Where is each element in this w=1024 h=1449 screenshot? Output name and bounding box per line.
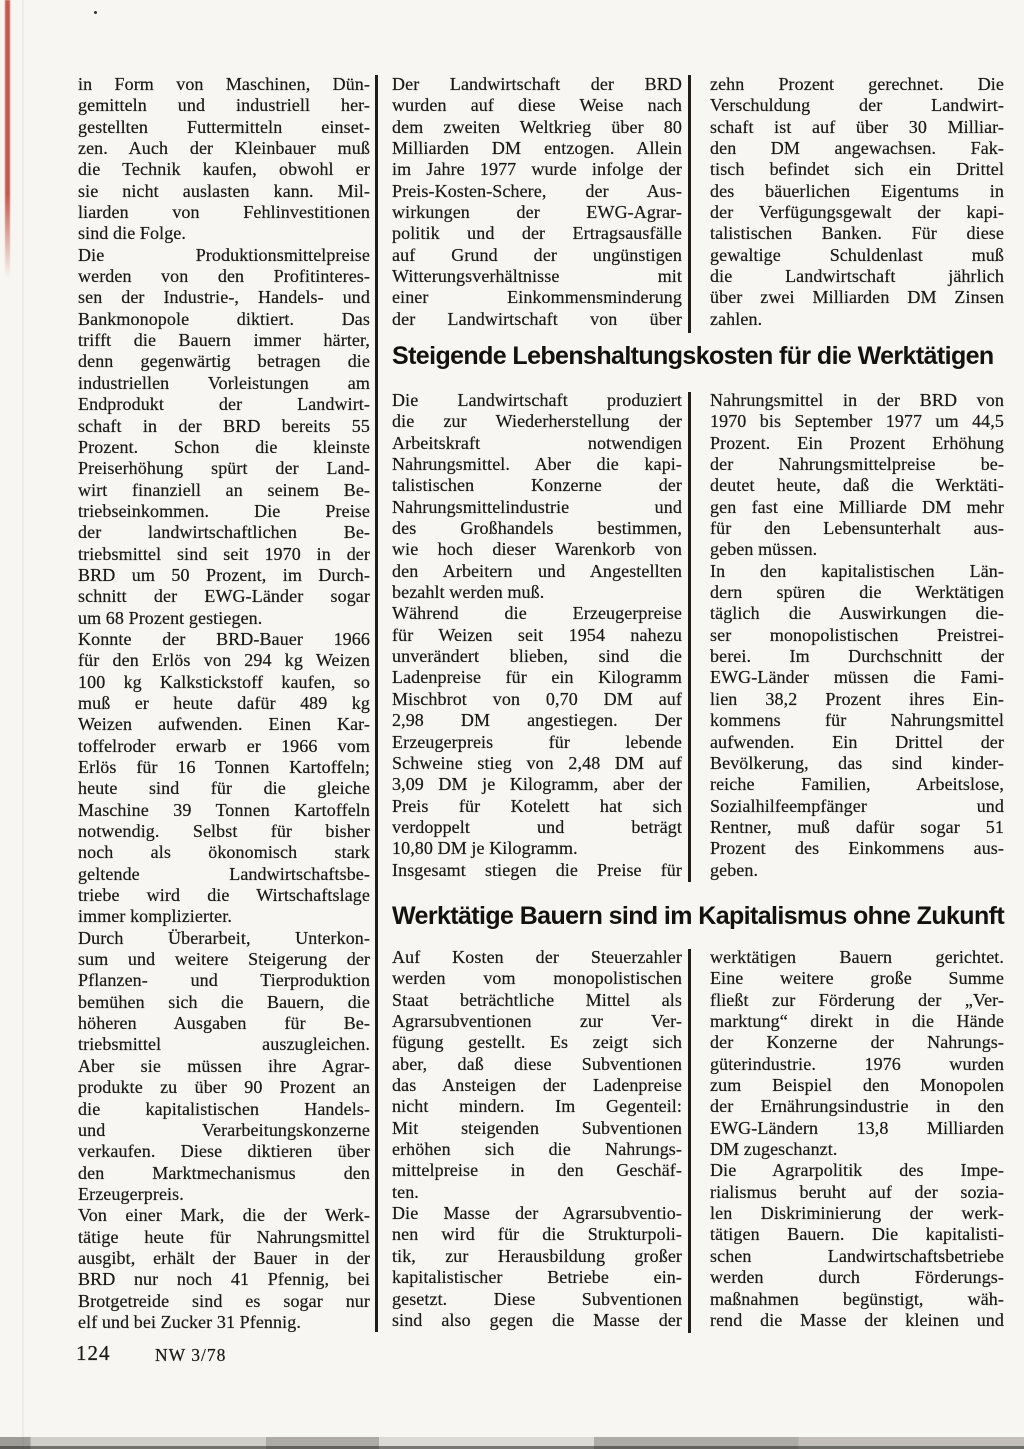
text-line: Konnte der BRD-Bauer 1966	[78, 629, 370, 650]
text-line: den Arbeitern und Angestellten	[392, 561, 682, 582]
text-line: toffelroder erwarb er 1966 vom	[78, 736, 370, 757]
text-line: zen. Auch der Kleinbauer muß	[78, 138, 370, 159]
text-line: für den Lebensunterhalt aus-	[710, 518, 1004, 539]
text-line: maßnahmen begünstigt, wäh-	[710, 1289, 1004, 1310]
text-line: Arbeitskraft notwendigen	[392, 433, 682, 454]
column-right-top-section: zehn Prozent gerechnet. DieVerschuldung …	[710, 74, 1004, 330]
text-line: Nahrungsmittel. Aber die kapi-	[392, 454, 682, 475]
column-rule-right-middle	[688, 392, 691, 882]
text-line: geben.	[710, 860, 1004, 881]
paragraph: Durch Überarbeit, Unterkon-sum und weite…	[78, 928, 370, 1205]
column-rule-right-bottom	[688, 949, 691, 1333]
text-line: EWG-Länder müssen die Fami-	[710, 667, 1004, 688]
column-left: in Form von Maschinen, Dün-gemitteln und…	[78, 74, 370, 1333]
text-line: politik und der Ertragsausfälle	[392, 223, 682, 244]
text-line: triebe wird die Wirtschaftslage	[78, 885, 370, 906]
text-line: aber, daß diese Subventionen	[392, 1054, 682, 1075]
text-line: Durch Überarbeit, Unterkon-	[78, 928, 370, 949]
text-line: sie nicht auslasten kann. Mil-	[78, 181, 370, 202]
text-line: sind also gegen die Masse der	[392, 1310, 682, 1331]
text-line: Nahrungsmittelindustrie und	[392, 497, 682, 518]
text-line: wirt finanziell an seinem Be-	[78, 480, 370, 501]
paragraph: Die Masse der Agrarsubventio-nen wird fü…	[392, 1203, 682, 1331]
text-line: für den Erlös von 294 kg Weizen	[78, 650, 370, 671]
text-line: zehn Prozent gerechnet. Die	[710, 74, 1004, 95]
text-line: gewaltige Schuldenlast muß	[710, 245, 1004, 266]
text-line: mittelpreise in den Geschäf-	[392, 1160, 682, 1181]
text-line: dem zweiten Weltkrieg über 80	[392, 117, 682, 138]
text-line: gemitteln und industriell her-	[78, 95, 370, 116]
text-line: güterindustrie. 1976 wurden	[710, 1054, 1004, 1075]
paragraph: Während die Erzeugerpreisefür Weizen sei…	[392, 603, 682, 859]
text-line: denn gegenwärtig betragen die	[78, 351, 370, 372]
text-line: kapitalistischer Betriebe ein-	[392, 1267, 682, 1288]
text-line: kommens für Nahrungsmittel	[710, 710, 1004, 731]
text-line: das Ansteigen der Ladenpreise	[392, 1075, 682, 1096]
paragraph: zehn Prozent gerechnet. DieVerschuldung …	[710, 74, 1004, 330]
paragraph: Insgesamt stiegen die Preise für	[392, 860, 682, 881]
text-line: produkte zu über 90 Prozent an	[78, 1077, 370, 1098]
text-line: Die Landwirtschaft produziert	[392, 390, 682, 411]
text-line: tisch befindet sich ein Drittel	[710, 159, 1004, 180]
page-number: 124	[76, 1341, 111, 1366]
text-line: heute sind für die gleiche	[78, 778, 370, 799]
text-line: schen Landwirtschaftsbetriebe	[710, 1246, 1004, 1267]
column-middle-top-section: Der Landwirtschaft der BRDwurden auf die…	[392, 74, 682, 330]
text-line: ausgibt, erhält der Bauer in der	[78, 1248, 370, 1269]
text-line: berei. Im Durchschnitt der	[710, 646, 1004, 667]
text-line: reiche Familien, Arbeitslose,	[710, 774, 1004, 795]
text-line: Preis-Kosten-Schere, der Aus-	[392, 181, 682, 202]
text-line: dern spüren die Werktätigen	[710, 582, 1004, 603]
text-line: 3,09 DM je Kilogramm, aber der	[392, 774, 682, 795]
text-line: lien 38,2 Prozent ihres Ein-	[710, 689, 1004, 710]
text-line: werden von den Profitinteres-	[78, 266, 370, 287]
text-line: len Diskriminierung der werk-	[710, 1203, 1004, 1224]
text-line: geltende Landwirtschaftsbe-	[78, 864, 370, 885]
text-line: wirkungen der EWG-Agrar-	[392, 202, 682, 223]
scan-artifact-red-bar	[5, 0, 10, 278]
text-line: sind die Folge.	[78, 223, 370, 244]
text-line: Agrarsubventionen zur Ver-	[392, 1011, 682, 1032]
text-line: noch als ökonomisch stark	[78, 842, 370, 863]
text-line: Preis für Kotelett hat sich	[392, 796, 682, 817]
text-line: schaft in der BRD bereits 55	[78, 416, 370, 437]
text-line: Mit steigenden Subventionen	[392, 1118, 682, 1139]
text-line: Witterungsverhältnisse mit	[392, 266, 682, 287]
text-line: über zwei Milliarden DM Zinsen	[710, 287, 1004, 308]
paragraph: Auf Kosten der Steuerzahlerwerden vom mo…	[392, 947, 682, 1203]
text-line: Rentner, muß dafür sogar 51	[710, 817, 1004, 838]
text-line: der landwirtschaftlichen Be-	[78, 522, 370, 543]
text-line: triebsmittel sind seit 1970 in der	[78, 544, 370, 565]
text-line: Maschine 39 Tonnen Kartoffeln	[78, 800, 370, 821]
text-line: Staat beträchtliche Mittel als	[392, 990, 682, 1011]
text-line: Prozent. Ein Prozent Erhöhung	[710, 433, 1004, 454]
text-line: gestellten Futtermitteln einset-	[78, 117, 370, 138]
column-rule-left	[375, 75, 378, 1332]
text-line: der Nahrungsmittelpreise be-	[710, 454, 1004, 475]
text-line: einer Einkommensminderung	[392, 287, 682, 308]
text-line: Ladenpreise für ein Kilogramm	[392, 667, 682, 688]
text-line: unverändert blieben, sind die	[392, 646, 682, 667]
text-line: Nahrungsmittel in der BRD von	[710, 390, 1004, 411]
text-line: die kapitalistischen Handels-	[78, 1099, 370, 1120]
text-line: wurden auf diese Weise nach	[392, 95, 682, 116]
column-right-no-future: werktätigen Bauern gerichtet.Eine weiter…	[710, 947, 1004, 1331]
text-line: wie hoch dieser Warenkorb von	[392, 539, 682, 560]
text-line: Pflanzen- und Tierproduktion	[78, 970, 370, 991]
text-line: Weizen aufwenden. Einen Kar-	[78, 714, 370, 735]
text-line: Sozialhilfeempfänger und	[710, 796, 1004, 817]
text-line: Bankmonopole diktiert. Das	[78, 309, 370, 330]
text-line: fließt zur Förderung der „Ver-	[710, 990, 1004, 1011]
paragraph: werktätigen Bauern gerichtet.Eine weiter…	[710, 947, 1004, 1160]
text-line: Schweine stieg von 2,48 DM auf	[392, 753, 682, 774]
text-line: Insgesamt stiegen die Preise für	[392, 860, 682, 881]
text-line: erhöhen sich die Nahrungs-	[392, 1139, 682, 1160]
text-line: des bäuerlichen Eigentums in	[710, 181, 1004, 202]
text-line: liarden von Fehlinvestitionen	[78, 202, 370, 223]
text-line: zahlen.	[710, 309, 1004, 330]
text-line: Der Landwirtschaft der BRD	[392, 74, 682, 95]
text-line: auf Grund der ungünstigen	[392, 245, 682, 266]
text-line: der Konzerne der Nahrungs-	[710, 1032, 1004, 1053]
text-line: Preiserhöhung spürt der Land-	[78, 458, 370, 479]
text-line: des Großhandels bestimmen,	[392, 518, 682, 539]
text-line: gesetzt. Diese Subventionen	[392, 1289, 682, 1310]
text-line: Die Agrarpolitik des Impe-	[710, 1160, 1004, 1181]
text-line: der Ernährungsindustrie in den	[710, 1096, 1004, 1117]
text-line: muß er heute dafür 489 kg	[78, 693, 370, 714]
text-line: Während die Erzeugerpreise	[392, 603, 682, 624]
paragraph: Konnte der BRD-Bauer 1966für den Erlös v…	[78, 629, 370, 928]
text-line: Aber sie müssen ihre Agrar-	[78, 1056, 370, 1077]
text-line: höheren Ausgaben für Be-	[78, 1013, 370, 1034]
paragraph: Die Landwirtschaft produziertdie zur Wie…	[392, 390, 682, 603]
paragraph: Von einer Mark, die der Werk-tätige heut…	[78, 1205, 370, 1333]
text-line: gen fast eine Milliarde DM mehr	[710, 497, 1004, 518]
text-line: Die Produktionsmittelpreise	[78, 245, 370, 266]
paragraph: Der Landwirtschaft der BRDwurden auf die…	[392, 74, 682, 330]
text-line: tik, zur Herausbildung großer	[392, 1246, 682, 1267]
text-line: für Weizen seit 1954 nahezu	[392, 625, 682, 646]
text-line: triebseinkommen. Die Preise	[78, 501, 370, 522]
text-line: um 68 Prozent gestiegen.	[78, 608, 370, 629]
scanned-magazine-page: in Form von Maschinen, Dün-gemitteln und…	[0, 0, 1024, 1449]
column-right-living-costs: Nahrungsmittel in der BRD von1970 bis Se…	[710, 390, 1004, 881]
text-line: DM zugeschanzt.	[710, 1139, 1004, 1160]
paragraph: In den kapitalistischen Län-dern spüren …	[710, 561, 1004, 881]
headline-living-costs: Steigende Lebenshaltungskosten für die W…	[392, 342, 1024, 371]
paragraph: Die Agrarpolitik des Impe-rialismus beru…	[710, 1160, 1004, 1331]
text-line: Auf Kosten der Steuerzahler	[392, 947, 682, 968]
column-middle-living-costs: Die Landwirtschaft produziertdie zur Wie…	[392, 390, 682, 881]
scan-artifact-fold-line	[22, 0, 24, 1449]
text-line: Die Masse der Agrarsubventio-	[392, 1203, 682, 1224]
text-line: In den kapitalistischen Län-	[710, 561, 1004, 582]
column-rule-right-top	[688, 75, 691, 333]
text-line: der Verfügungsgewalt der kapi-	[710, 202, 1004, 223]
text-line: bemühen sich die Bauern, die	[78, 992, 370, 1013]
text-line: Prozent. Schon die kleinste	[78, 437, 370, 458]
text-line: die Technik kaufen, obwohl er	[78, 159, 370, 180]
text-line: fügung gestellt. Es zeigt sich	[392, 1032, 682, 1053]
text-line: schnitt der EWG-Länder sogar	[78, 586, 370, 607]
text-line: Milliarden DM entzogen. Allein	[392, 138, 682, 159]
text-line: die Landwirtschaft jährlich	[710, 266, 1004, 287]
text-line: Bevölkerung, das sind kinder-	[710, 753, 1004, 774]
text-line: zum Beispiel den Monopolen	[710, 1075, 1004, 1096]
text-line: nicht mindern. Im Gegenteil:	[392, 1096, 682, 1117]
text-line: verkaufen. Diese diktieren über	[78, 1141, 370, 1162]
text-line: sum und weitere Steigerung der	[78, 949, 370, 970]
text-line: in Form von Maschinen, Dün-	[78, 74, 370, 95]
text-line: 100 kg Kalkstickstoff kaufen, so	[78, 672, 370, 693]
text-line: rend die Masse der kleinen und	[710, 1310, 1004, 1331]
journal-issue-label: NW 3/78	[155, 1345, 226, 1366]
text-line: immer komplizierter.	[78, 906, 370, 927]
text-line: Verschuldung der Landwirt-	[710, 95, 1004, 116]
text-line: Erzeugerpreis für lebende	[392, 732, 682, 753]
text-line: Mischbrot von 0,70 DM auf	[392, 689, 682, 710]
text-line: ser monopolistischen Preistrei-	[710, 625, 1004, 646]
paragraph: Die Produktionsmittelpreisewerden von de…	[78, 245, 370, 629]
text-line: geben müssen.	[710, 539, 1004, 560]
text-line: industriellen Vorleistungen am	[78, 373, 370, 394]
text-line: tätige heute für Nahrungsmittel	[78, 1227, 370, 1248]
text-line: Prozent des Einkommens aus-	[710, 838, 1004, 859]
headline-no-future: Werktätige Bauern sind im Kapitalismus o…	[392, 902, 1024, 931]
paragraph: in Form von Maschinen, Dün-gemitteln und…	[78, 74, 370, 245]
text-line: notwendig. Selbst für bisher	[78, 821, 370, 842]
text-line: den DM angewachsen. Fak-	[710, 138, 1004, 159]
text-line: aufwenden. Ein Drittel der	[710, 732, 1004, 753]
text-line: talistischen Konzerne der	[392, 475, 682, 496]
text-line: elf und bei Zucker 31 Pfennig.	[78, 1312, 370, 1333]
text-line: triebsmittel auszugleichen.	[78, 1034, 370, 1055]
text-line: werden durch Förderungs-	[710, 1267, 1004, 1288]
text-line: tätigen Bauern. Die kapitalisti-	[710, 1224, 1004, 1245]
text-line: 2,98 DM angestiegen. Der	[392, 710, 682, 731]
text-line: täglich die Auswirkungen die-	[710, 603, 1004, 624]
text-line: EWG-Ländern 13,8 Milliarden	[710, 1118, 1004, 1139]
text-line: bezahlt werden muß.	[392, 582, 682, 603]
paragraph: Nahrungsmittel in der BRD von1970 bis Se…	[710, 390, 1004, 561]
text-line: Brotgetreide sind es sogar nur	[78, 1291, 370, 1312]
text-line: deutet heute, daß die Werktäti-	[710, 475, 1004, 496]
text-line: Eine weitere große Summe	[710, 968, 1004, 989]
text-line: und Verarbeitungskonzerne	[78, 1120, 370, 1141]
text-line: Von einer Mark, die der Werk-	[78, 1205, 370, 1226]
text-line: trifft die Bauern immer härter,	[78, 330, 370, 351]
text-line: werktätigen Bauern gerichtet.	[710, 947, 1004, 968]
text-line: BRD nur noch 41 Pfennig, bei	[78, 1269, 370, 1290]
text-line: die zur Wiederherstellung der	[392, 411, 682, 432]
text-line: der Landwirtschaft von über	[392, 309, 682, 330]
text-line: Endprodukt der Landwirt-	[78, 394, 370, 415]
text-line: sen der Industrie-, Handels- und	[78, 287, 370, 308]
text-line: talistischen Banken. Für diese	[710, 223, 1004, 244]
text-line: BRD um 50 Prozent, im Durch-	[78, 565, 370, 586]
text-line: ten.	[392, 1182, 682, 1203]
text-line: Erzeugerpreis.	[78, 1184, 370, 1205]
text-line: den Marktmechanismus den	[78, 1163, 370, 1184]
text-line: 1970 bis September 1977 um 44,5	[710, 411, 1004, 432]
text-line: im Jahre 1977 wurde infolge der	[392, 159, 682, 180]
text-line: schaft ist auf über 30 Milliar-	[710, 117, 1004, 138]
text-line: marktung“ direkt in die Hände	[710, 1011, 1004, 1032]
text-line: werden vom monopolistischen	[392, 968, 682, 989]
text-line: nen wird für die Strukturpoli-	[392, 1224, 682, 1245]
scan-speck	[94, 11, 97, 14]
column-middle-no-future: Auf Kosten der Steuerzahlerwerden vom mo…	[392, 947, 682, 1331]
text-line: verdoppelt und beträgt	[392, 817, 682, 838]
text-line: Erlös für 16 Tonnen Kartoffeln;	[78, 757, 370, 778]
text-line: rialismus beruht auf der sozia-	[710, 1182, 1004, 1203]
text-line: 10,80 DM je Kilogramm.	[392, 838, 682, 859]
